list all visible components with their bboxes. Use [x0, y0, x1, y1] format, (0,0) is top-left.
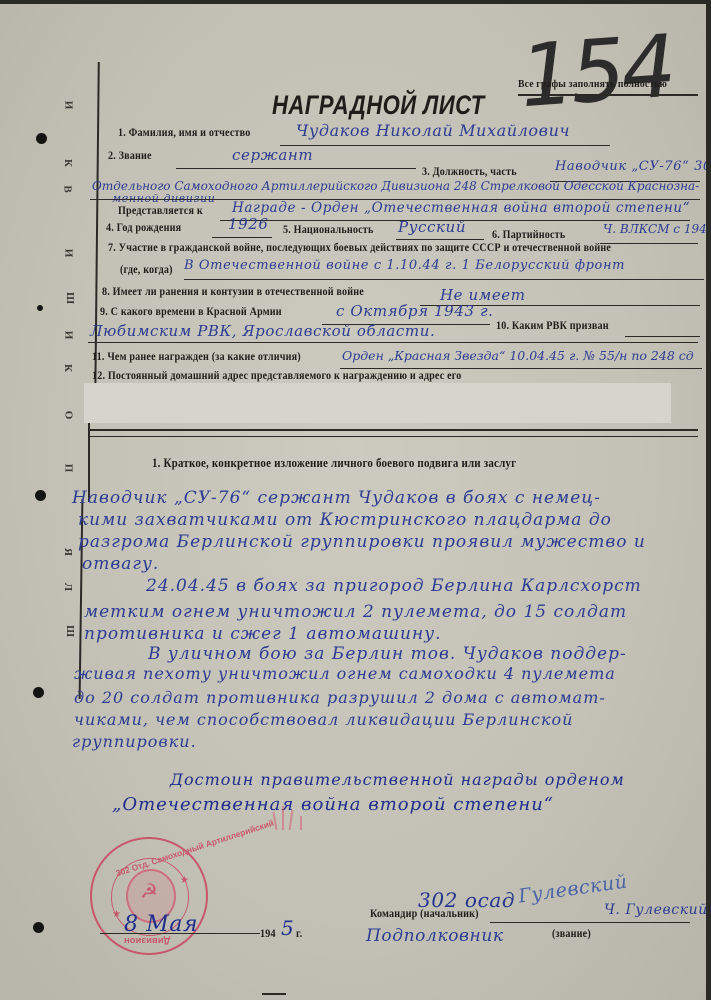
field-7-label-cont: (где, когда) [120, 264, 173, 276]
commander-name: Ч. Гулевский [604, 902, 706, 918]
commander-line [490, 922, 690, 923]
narrative-line: 24.04.45 в боях за пригород Берлина Карл… [146, 576, 642, 596]
margin-letter: И [62, 101, 74, 110]
punch-hole [33, 922, 44, 933]
narrative-line: отвагу. [82, 554, 159, 574]
field-11-label: 11. Чем ранее награжден (за какие отличи… [92, 351, 301, 363]
field-12-label: 12. Постоянный домашний адрес представля… [92, 370, 462, 382]
margin-letter: И [62, 249, 74, 258]
narrative-line: метким огнем уничтожил 2 пулемета, до 15… [84, 602, 627, 622]
margin-letter: К [62, 159, 74, 167]
rank-value: Подполковник [366, 926, 504, 946]
year-suffix: г. [296, 928, 302, 940]
field-3-label: 3. Должность, часть [422, 166, 517, 178]
narrative-line: противника и сжег 1 автомашину. [84, 624, 441, 644]
punch-hole [37, 305, 43, 311]
punch-hole [33, 687, 44, 698]
star-icon: ★ [180, 875, 189, 886]
narrative-line: В уличном бою за Берлин тов. Чудаков под… [148, 644, 627, 664]
star-icon: ★ [112, 909, 121, 920]
field-7-value: В Отечественной войне с 1.10.44 г. 1 Бел… [184, 258, 625, 273]
field-9-label: 9. С какого времени в Красной Армии [100, 306, 282, 318]
field-3-value-cont: Отдельного Самоходного Артиллерийского Д… [92, 179, 699, 193]
field-10-label: 10. Каким РВК призван [496, 320, 609, 332]
field-2-line [176, 168, 416, 169]
narrative-line: кими захватчиками от Кюстринского плацда… [78, 510, 612, 530]
margin-letter: И [62, 331, 74, 340]
field-4-value: 1926 [228, 215, 269, 233]
narrative-line: живая пехоту уничтожил огнем самоходки 4… [74, 664, 616, 683]
margin-letter: Ш [64, 625, 76, 637]
field-11-line [340, 368, 702, 369]
field-10-line-2 [88, 342, 698, 343]
field-2-value: сержант [232, 146, 313, 164]
year-printed: 194 [260, 928, 276, 940]
narrative-heading: 1. Краткое, конкретное изложение личного… [152, 456, 516, 471]
margin-letter: К [62, 364, 74, 372]
field-5-label: 5. Национальность [283, 224, 373, 236]
field-10-line [625, 336, 700, 337]
field-6-line [600, 243, 698, 244]
year-handwritten: 5 [281, 916, 294, 940]
punch-hole [35, 490, 46, 501]
field-5-line [396, 239, 484, 240]
margin-letter: Ш [64, 292, 76, 304]
field-4-line [212, 237, 272, 238]
narrative-line: Наводчик „СУ-76“ сержант Чудаков в боях … [72, 488, 601, 508]
stamp-text-top: 302 Отд. Самоходный Артиллерийский [115, 818, 276, 879]
official-stamp: 302 Отд. Самоходный Артиллерийский Дивиз… [90, 837, 208, 955]
margin-letter: В [62, 185, 74, 192]
narrative-line: Достоин правительственной награды ордено… [170, 770, 625, 789]
narrative-line: разгрома Берлинской группировки проявил … [78, 532, 646, 552]
field-11-value: Орден „Красная Звезда“ 10.04.45 г. № 55/… [342, 348, 694, 363]
commander-label: Командир (начальник) [370, 908, 479, 920]
field-10-value: Любимским РВК, Ярославской области. [90, 322, 435, 340]
field-7-label: 7. Участие в гражданской войне, последую… [108, 242, 611, 254]
page-title: НАГРАДНОЙ ЛИСТ [272, 90, 485, 121]
field-7-line [184, 279, 704, 280]
narrative-line: „Отечественная война второй степени“ [112, 794, 554, 815]
field-1-label: 1. Фамилия, имя и отчество [118, 127, 250, 139]
rank-label: (звание) [552, 928, 591, 940]
margin-letter: О [62, 411, 74, 420]
section-divider [88, 429, 698, 431]
fill-instruction-underline [518, 94, 698, 96]
field-2-label: 2. Звание [108, 150, 152, 162]
award-label: Представляется к [118, 205, 203, 217]
fill-instruction: Все графы заполнять полностью [518, 78, 667, 90]
document-number: 154 [517, 17, 676, 127]
field-6-value: Ч. ВЛКСМ с 1944 г. [603, 222, 706, 236]
stamp-smudge [270, 804, 320, 834]
field-8-label: 8. Имеет ли ранения и контузии в отечест… [102, 286, 364, 298]
field-1-line [280, 145, 610, 146]
margin-letter: Я [62, 548, 74, 556]
punch-hole [36, 133, 47, 144]
bottom-mark [262, 993, 286, 995]
field-1-value: Чудаков Николай Михайлович [296, 121, 570, 140]
field-6-label: 6. Партийность [492, 229, 565, 241]
section-divider-2 [88, 436, 698, 437]
award-value: Награде - Орден „Отечественная война вто… [232, 200, 690, 216]
margin-letter: П [62, 464, 74, 473]
field-9-value: с Октября 1943 г. [336, 302, 494, 320]
field-4-label: 4. Год рождения [106, 222, 181, 234]
award-sheet-page: ИКВИШИКОПЯЛШ 154 Все графы заполнять пол… [0, 4, 706, 1000]
date-line [100, 933, 260, 934]
field-5-value: Русский [398, 218, 466, 236]
narrative-line: до 20 солдат противника разрушил 2 дома … [74, 688, 606, 707]
field-3-value: Наводчик „СУ-76“ 302- [555, 159, 706, 174]
narrative-line: чиками, чем способствовал ликвидации Бер… [74, 710, 573, 729]
narrative-line: группировки. [72, 732, 197, 751]
redacted-address-block [84, 383, 671, 423]
margin-letter: Л [62, 583, 74, 591]
